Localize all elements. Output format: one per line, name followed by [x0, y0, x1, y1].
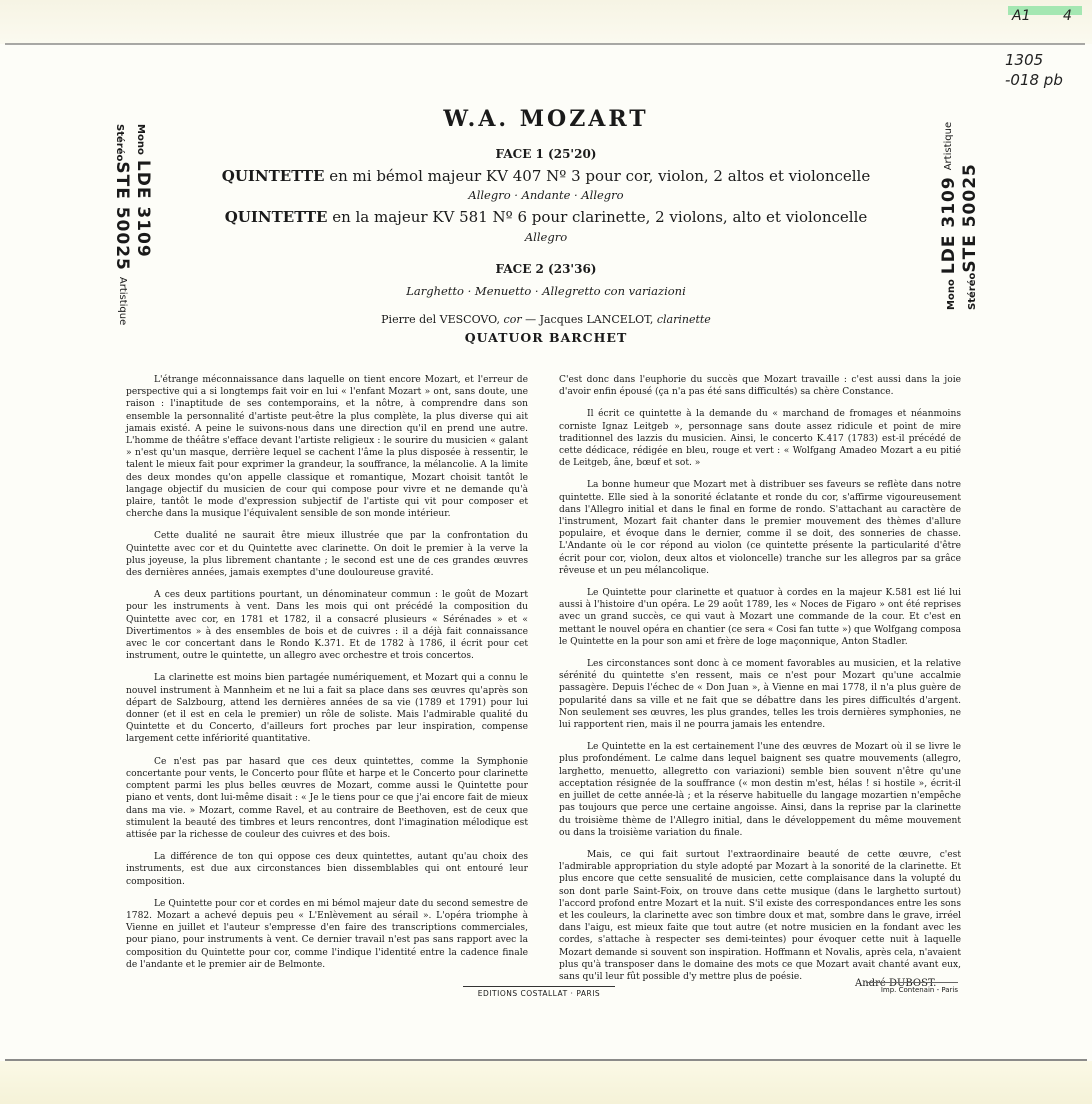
performer1-instrument: cor: [504, 313, 522, 326]
performer2-instrument: clarinette: [657, 313, 711, 326]
mono-label: Mono: [946, 279, 957, 310]
work2-details: en la majeur KV 581 Nº 6 pour clarinette…: [327, 208, 867, 226]
work2-title: QUINTETTE en la majeur KV 581 Nº 6 pour …: [0, 208, 1092, 226]
liner-notes-right-column: C'est donc dans l'euphorie du succès que…: [559, 374, 961, 993]
face1-heading: FACE 1 (25'20): [0, 147, 1092, 161]
label-name: Artistique: [943, 122, 954, 170]
performer-separator: —: [525, 313, 540, 326]
catalog-note-line1: 1305: [1005, 50, 1063, 70]
paragraph: Cette dualité ne saurait être mieux illu…: [126, 530, 528, 579]
paragraph: Le Quintette en la est certainement l'un…: [559, 741, 961, 839]
performer2: Jacques LANCELOT,: [540, 313, 654, 326]
paragraph: A ces deux partitions pourtant, un dénom…: [126, 589, 528, 662]
work1-title: QUINTETTE en mi bémol majeur KV 407 Nº 3…: [0, 167, 1092, 185]
handwritten-mark-right: 4: [1063, 8, 1072, 24]
paragraph: Ce n'est pas par hasard que ces deux qui…: [126, 756, 528, 841]
paragraph: La bonne humeur que Mozart met à distrib…: [559, 479, 961, 577]
catalog-spine-right: Mono LDE 3109Artistique StéréoSTE 50025: [940, 122, 982, 310]
paragraph: L'étrange méconnaissance dans laquelle o…: [126, 374, 528, 520]
catalog-spine-left: Mono LDE 3109 StéréoSTE 50025Artistique: [110, 124, 152, 325]
mono-number: LDE 3109: [133, 160, 153, 258]
work1-name: QUINTETTE: [222, 167, 325, 185]
paragraph: C'est donc dans l'euphorie du succès que…: [559, 374, 961, 398]
stereo-label: Stéréo: [967, 273, 978, 310]
performers: Pierre del VESCOVO, cor — Jacques LANCEL…: [0, 313, 1092, 326]
paragraph: Le Quintette pour cor et cordes en mi bé…: [126, 898, 528, 971]
handwritten-catalog-note: 1305 -018 pb: [1005, 50, 1063, 90]
handwritten-mark-left: A1: [1012, 8, 1030, 24]
label-name: Artistique: [117, 277, 128, 325]
composer-title: W.A. MOZART: [0, 106, 1092, 132]
liner-notes-left-column: L'étrange méconnaissance dans laquelle o…: [126, 374, 528, 981]
stereo-label: Stéréo: [114, 124, 125, 161]
paragraph: Il écrit ce quintette à la demande du « …: [559, 408, 961, 469]
paragraph: Mais, ce qui fait surtout l'extraordinai…: [559, 849, 961, 983]
stereo-number: STE 50025: [960, 163, 980, 273]
paragraph: La différence de ton qui oppose ces deux…: [126, 851, 528, 888]
performer1: Pierre del VESCOVO,: [381, 313, 500, 326]
work2-name: QUINTETTE: [225, 208, 328, 226]
sleeve-bottom-edge: [0, 1061, 1092, 1104]
work1-details: en mi bémol majeur KV 407 Nº 3 pour cor,…: [324, 167, 870, 185]
work2-movements: Allegro: [0, 230, 1092, 244]
work1-movements: Allegro · Andante · Allegro: [0, 188, 1092, 202]
face2-heading: FACE 2 (23'36): [0, 262, 1092, 276]
paragraph: Le Quintette pour clarinette et quatuor …: [559, 587, 961, 648]
mono-number: LDE 3109: [939, 176, 959, 274]
stereo-number: STE 50025: [112, 161, 132, 271]
sleeve-top-edge: [0, 0, 1092, 44]
publisher-imprint: EDITIONS COSTALLAT · PARIS: [463, 986, 615, 998]
catalog-note-line2: -018 pb: [1005, 70, 1063, 90]
face2-movements: Larghetto · Menuetto · Allegretto con va…: [0, 284, 1092, 298]
paragraph: La clarinette est moins bien partagée nu…: [126, 672, 528, 745]
printer-imprint: Imp. Contenain - Paris: [866, 982, 958, 994]
mono-label: Mono: [135, 124, 146, 155]
ensemble-name: QUATUOR BARCHET: [0, 330, 1092, 345]
paragraph: Les circonstances sont donc à ce moment …: [559, 658, 961, 731]
top-fold-line: [5, 43, 1085, 45]
